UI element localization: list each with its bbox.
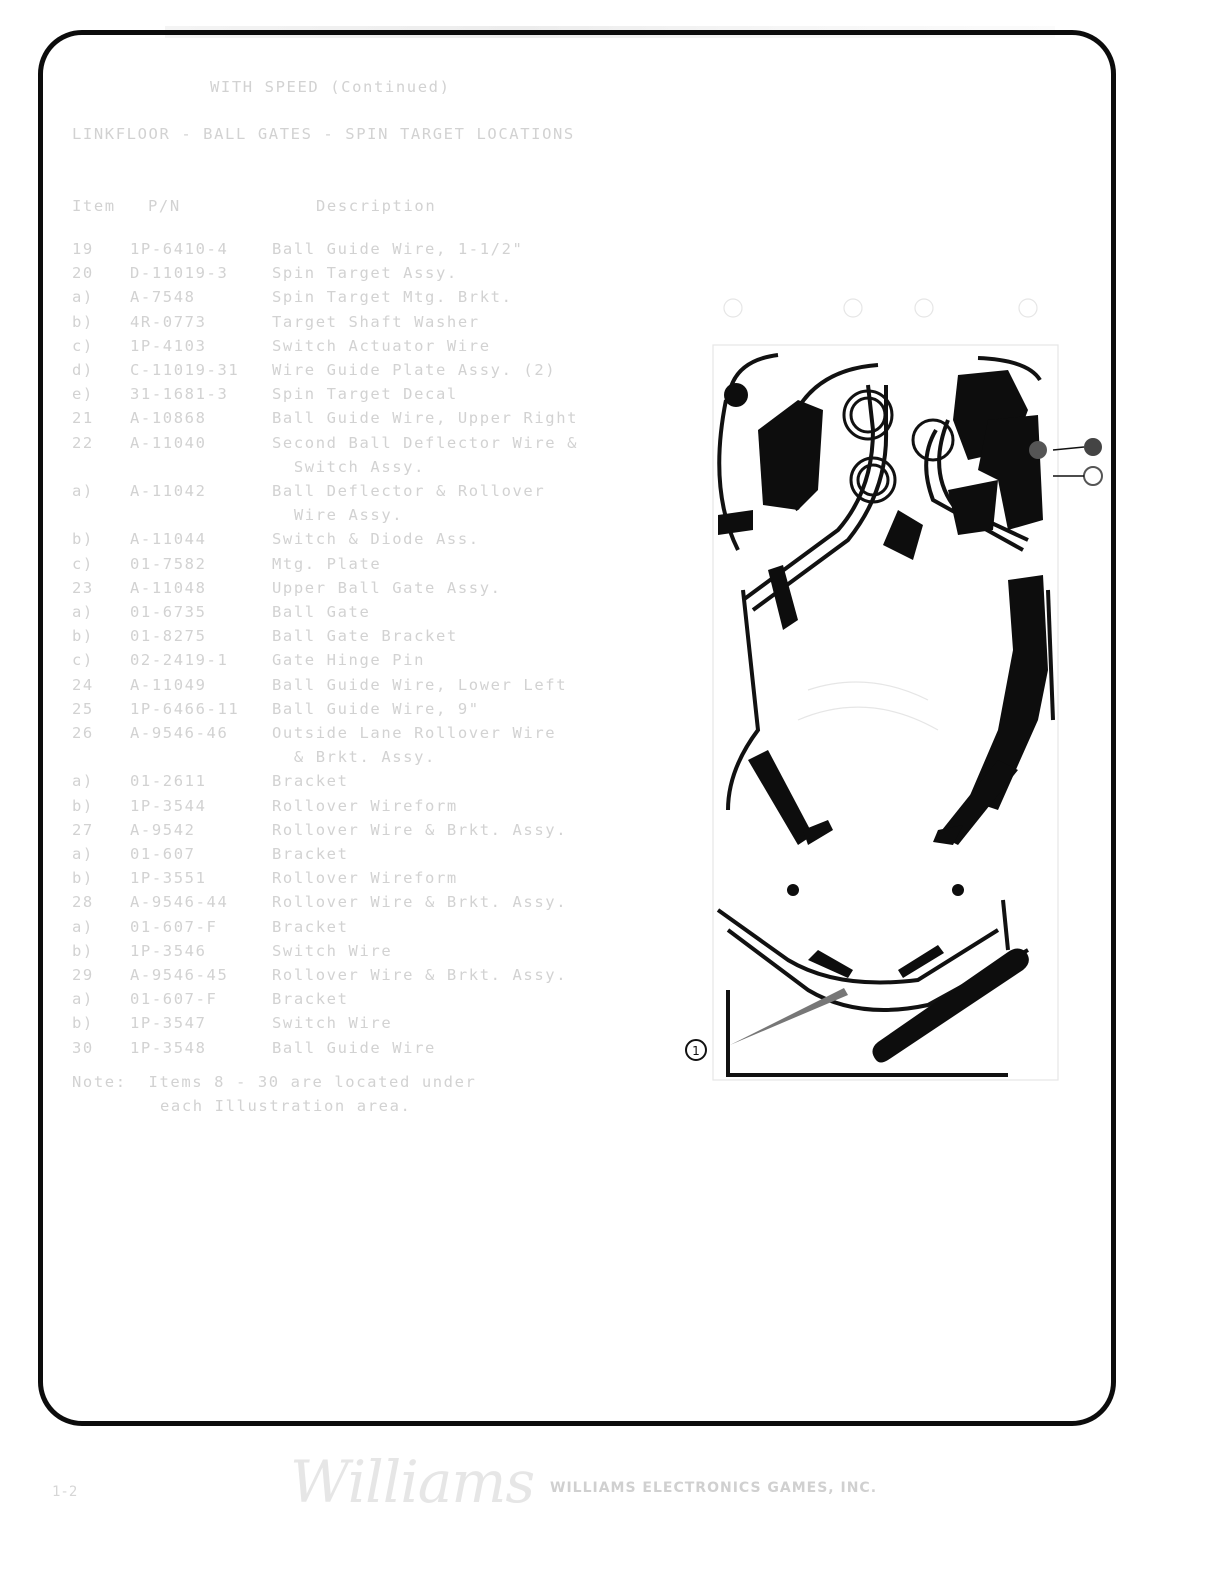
svg-text:1: 1 — [692, 1044, 700, 1058]
item-cell: b) — [72, 313, 94, 331]
description-cell: Target Shaft Washer — [272, 313, 480, 331]
item-cell: c) — [72, 555, 94, 573]
item-cell: 28 — [72, 893, 94, 911]
table-row: 191P-6410-4Ball Guide Wire, 1-1/2" — [0, 240, 640, 264]
table-row: 23A-11048Upper Ball Gate Assy. — [0, 579, 640, 603]
table-row: a)01-607-FBracket — [0, 990, 640, 1014]
part-number-cell: 1P-3544 — [130, 797, 207, 815]
description-cell: Gate Hinge Pin — [272, 651, 425, 669]
description-cell: Bracket — [272, 845, 349, 863]
part-number-cell: 1P-4103 — [130, 337, 207, 355]
part-number-cell: D-11019-3 — [130, 264, 228, 282]
table-row: 20D-11019-3Spin Target Assy. — [0, 264, 640, 288]
table-row: a)A-11042Ball Deflector & Rollover — [0, 482, 640, 506]
item-cell: e) — [72, 385, 94, 403]
item-cell: 26 — [72, 724, 94, 742]
part-number-cell: 1P-6410-4 — [130, 240, 228, 258]
part-number-cell: 01-607 — [130, 845, 196, 863]
table-row: 27A-9542Rollover Wire & Brkt. Assy. — [0, 821, 640, 845]
description-cell: Ball Gate Bracket — [272, 627, 458, 645]
part-number-cell: 01-607-F — [130, 990, 217, 1008]
item-cell: 19 — [72, 240, 94, 258]
part-number-cell: A-7548 — [130, 288, 196, 306]
table-row: b)1P-3551Rollover Wireform — [0, 869, 640, 893]
item-cell: a) — [72, 845, 94, 863]
header-description: Description — [316, 197, 436, 215]
part-number-cell: 1P-6466-11 — [130, 700, 239, 718]
table-row: 26A-9546-46Outside Lane Rollover Wire — [0, 724, 640, 748]
item-cell: a) — [72, 990, 94, 1008]
description-cell: Outside Lane Rollover Wire — [272, 724, 556, 742]
header-pn: P/N — [148, 197, 181, 215]
playfield-diagram: 1 — [668, 290, 1108, 1120]
table-row: 28A-9546-44Rollover Wire & Brkt. Assy. — [0, 893, 640, 917]
part-number-cell: A-10868 — [130, 409, 207, 427]
part-number-cell: 1P-3546 — [130, 942, 207, 960]
description-cell: Ball Guide Wire, 1-1/2" — [272, 240, 523, 258]
part-number-cell: A-11040 — [130, 434, 207, 452]
description-cell: Rollover Wire & Brkt. Assy. — [272, 893, 567, 911]
description-cell: Rollover Wireform — [272, 797, 458, 815]
description-cell: Upper Ball Gate Assy. — [272, 579, 502, 597]
item-cell: 21 — [72, 409, 94, 427]
description-cell: Switch Wire — [272, 1014, 392, 1032]
header-item: Item — [72, 197, 116, 215]
note-line-1: Note: Items 8 - 30 are located under — [72, 1073, 476, 1091]
item-cell: b) — [72, 1014, 94, 1032]
table-row: & Brkt. Assy. — [0, 748, 640, 772]
table-row: 301P-3548Ball Guide Wire — [0, 1039, 640, 1063]
table-row: a)01-607Bracket — [0, 845, 640, 869]
table-row: Switch Assy. — [0, 458, 640, 482]
section-subtitle: LINKFLOOR - BALL GATES - SPIN TARGET LOC… — [72, 125, 575, 143]
item-cell: b) — [72, 627, 94, 645]
part-number-cell: 31-1681-3 — [130, 385, 228, 403]
table-row: c)02-2419-1Gate Hinge Pin — [0, 651, 640, 675]
description-cell: Wire Assy. — [272, 506, 403, 524]
description-cell: Second Ball Deflector Wire & — [272, 434, 578, 452]
item-cell: 29 — [72, 966, 94, 984]
description-cell: Ball Guide Wire, Upper Right — [272, 409, 578, 427]
table-row: Wire Assy. — [0, 506, 640, 530]
page-number: 1-2 — [52, 1484, 77, 1500]
item-cell: 25 — [72, 700, 94, 718]
part-number-cell: 01-6735 — [130, 603, 207, 621]
part-number-cell: A-11049 — [130, 676, 207, 694]
description-cell: Spin Target Mtg. Brkt. — [272, 288, 513, 306]
part-number-cell: A-11044 — [130, 530, 207, 548]
part-number-cell: A-9542 — [130, 821, 196, 839]
part-number-cell: A-9546-46 — [130, 724, 228, 742]
part-number-cell: 02-2419-1 — [130, 651, 228, 669]
item-cell: 30 — [72, 1039, 94, 1057]
description-cell: Switch Wire — [272, 942, 392, 960]
table-row: b)4R-0773Target Shaft Washer — [0, 313, 640, 337]
part-number-cell: 1P-3548 — [130, 1039, 207, 1057]
part-number-cell: A-9546-45 — [130, 966, 228, 984]
table-row: 24A-11049Ball Guide Wire, Lower Left — [0, 676, 640, 700]
table-row: b)1P-3544Rollover Wireform — [0, 797, 640, 821]
table-row: a)01-607-FBracket — [0, 918, 640, 942]
description-cell: Wire Guide Plate Assy. (2) — [272, 361, 556, 379]
description-cell: Rollover Wireform — [272, 869, 458, 887]
item-cell: 20 — [72, 264, 94, 282]
table-row: c)1P-4103Switch Actuator Wire — [0, 337, 640, 361]
item-cell: b) — [72, 869, 94, 887]
table-row: 21A-10868Ball Guide Wire, Upper Right — [0, 409, 640, 433]
description-cell: Ball Guide Wire — [272, 1039, 436, 1057]
company-name: WILLIAMS ELECTRONICS GAMES, INC. — [550, 1480, 877, 1496]
table-row: b)1P-3546Switch Wire — [0, 942, 640, 966]
table-row: c)01-7582Mtg. Plate — [0, 555, 640, 579]
item-cell: a) — [72, 288, 94, 306]
description-cell: Mtg. Plate — [272, 555, 381, 573]
page-title: WITH SPEED (Continued) — [210, 78, 451, 96]
table-row: a)01-6735Ball Gate — [0, 603, 640, 627]
table-row: b)A-11044Switch & Diode Ass. — [0, 530, 640, 554]
part-number-cell: 1P-3551 — [130, 869, 207, 887]
item-cell: c) — [72, 651, 94, 669]
table-row: d)C-11019-31Wire Guide Plate Assy. (2) — [0, 361, 640, 385]
table-row: b)01-8275Ball Gate Bracket — [0, 627, 640, 651]
item-cell: c) — [72, 337, 94, 355]
item-cell: a) — [72, 772, 94, 790]
description-cell: Rollover Wire & Brkt. Assy. — [272, 966, 567, 984]
part-number-cell: C-11019-31 — [130, 361, 239, 379]
item-cell: d) — [72, 361, 94, 379]
item-cell: 27 — [72, 821, 94, 839]
part-number-cell: A-11042 — [130, 482, 207, 500]
part-number-cell: A-11048 — [130, 579, 207, 597]
table-row: 29A-9546-45Rollover Wire & Brkt. Assy. — [0, 966, 640, 990]
part-number-cell: 1P-3547 — [130, 1014, 207, 1032]
item-cell: b) — [72, 942, 94, 960]
description-cell: Ball Guide Wire, Lower Left — [272, 676, 567, 694]
item-cell: a) — [72, 603, 94, 621]
description-cell: Bracket — [272, 990, 349, 1008]
table-row: e)31-1681-3Spin Target Decal — [0, 385, 640, 409]
description-cell: Spin Target Assy. — [272, 264, 458, 282]
description-cell: Rollover Wire & Brkt. Assy. — [272, 821, 567, 839]
part-number-cell: A-9546-44 — [130, 893, 228, 911]
brand-logo: Williams — [290, 1448, 534, 1516]
table-row: 251P-6466-11Ball Guide Wire, 9" — [0, 700, 640, 724]
part-number-cell: 01-2611 — [130, 772, 207, 790]
description-cell: Switch & Diode Ass. — [272, 530, 480, 548]
description-cell: Ball Deflector & Rollover — [272, 482, 545, 500]
part-number-cell: 01-7582 — [130, 555, 207, 573]
description-cell: Bracket — [272, 918, 349, 936]
description-cell: Bracket — [272, 772, 349, 790]
item-cell: a) — [72, 482, 94, 500]
table-row: a)A-7548Spin Target Mtg. Brkt. — [0, 288, 640, 312]
item-cell: a) — [72, 918, 94, 936]
item-cell: b) — [72, 797, 94, 815]
table-row: 22A-11040Second Ball Deflector Wire & — [0, 434, 640, 458]
table-row: a)01-2611Bracket — [0, 772, 640, 796]
item-cell: 22 — [72, 434, 94, 452]
item-cell: b) — [72, 530, 94, 548]
part-number-cell: 01-8275 — [130, 627, 207, 645]
item-cell: 24 — [72, 676, 94, 694]
item-cell: 23 — [72, 579, 94, 597]
description-cell: Switch Assy. — [272, 458, 425, 476]
part-number-cell: 4R-0773 — [130, 313, 207, 331]
part-number-cell: 01-607-F — [130, 918, 217, 936]
description-cell: Ball Guide Wire, 9" — [272, 700, 480, 718]
description-cell: Switch Actuator Wire — [272, 337, 491, 355]
description-cell: & Brkt. Assy. — [272, 748, 436, 766]
description-cell: Spin Target Decal — [272, 385, 458, 403]
table-row: b)1P-3547Switch Wire — [0, 1014, 640, 1038]
description-cell: Ball Gate — [272, 603, 370, 621]
note-line-2: each Illustration area. — [160, 1097, 411, 1115]
